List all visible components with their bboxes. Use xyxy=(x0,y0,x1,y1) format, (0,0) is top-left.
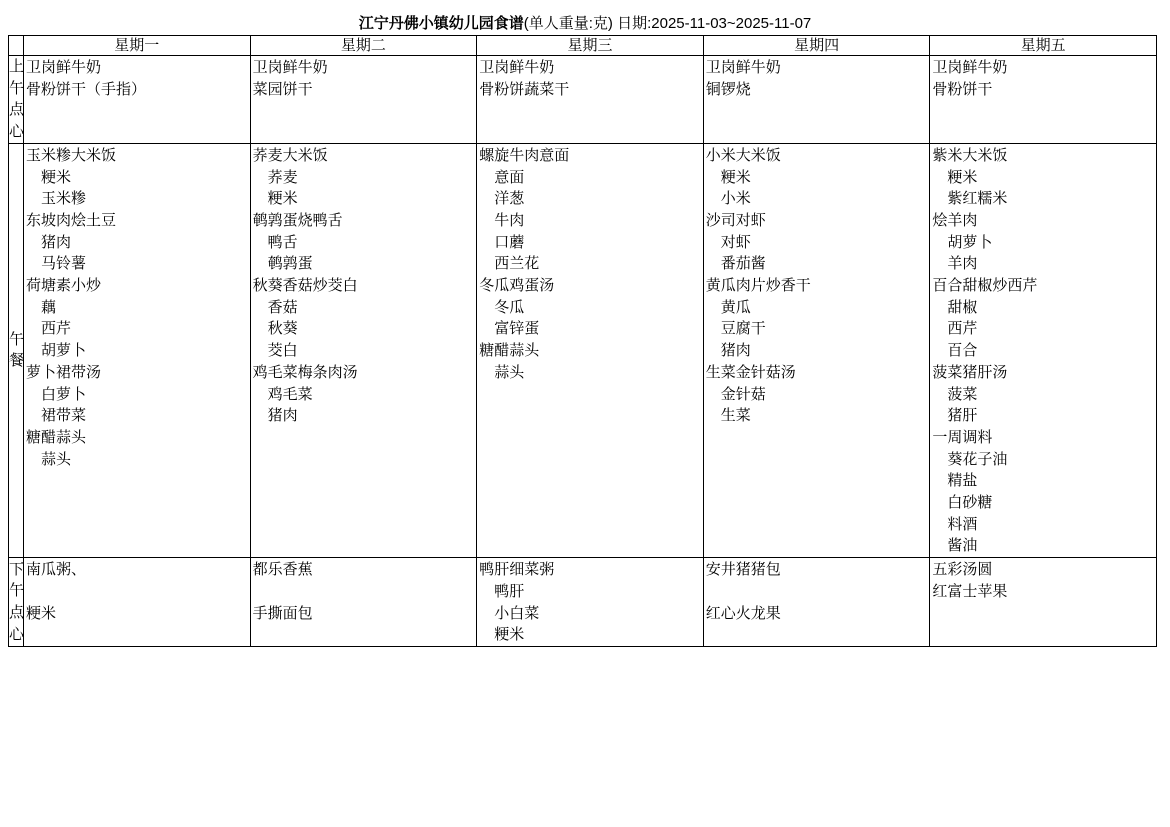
menu-line: 东坡肉烩土豆 xyxy=(26,210,248,232)
menu-line: 西芹 xyxy=(26,318,248,340)
menu-line: 卫岗鲜牛奶 xyxy=(706,57,928,79)
menu-line: 鸭肝细菜粥 xyxy=(479,559,701,581)
menu-line: 冬瓜鸡蛋汤 xyxy=(479,275,701,297)
menu-line: 萝卜裙带汤 xyxy=(26,362,248,384)
row-header-afternoon-snack: 下午点心 xyxy=(9,558,24,647)
menu-line: 蒜头 xyxy=(479,362,701,384)
menu-line: 精盐 xyxy=(932,470,1154,492)
menu-line: 五彩汤圆 xyxy=(932,559,1154,581)
menu-line xyxy=(706,581,928,603)
menu-line: 秋葵 xyxy=(253,318,475,340)
menu-line: 粳米 xyxy=(26,167,248,189)
menu-line: 荞麦 xyxy=(253,167,475,189)
menu-line: 猪肝 xyxy=(932,405,1154,427)
menu-line: 卫岗鲜牛奶 xyxy=(26,57,248,79)
row-lunch: 午餐 玉米糁大米饭 粳米 玉米糁东坡肉烩土豆 猪肉 马铃薯荷塘素小炒 藕 西芹 … xyxy=(9,143,1157,557)
menu-line: 一周调料 xyxy=(932,427,1154,449)
menu-line: 蒜头 xyxy=(26,449,248,471)
menu-line: 糖醋蒜头 xyxy=(479,340,701,362)
row-afternoon-snack: 下午点心 南瓜粥、粳米 都乐香蕉手撕面包 鸭肝细菜粥 鸭肝 小白菜 粳米 安井猪… xyxy=(9,558,1157,647)
menu-line: 骨粉饼干（手指） xyxy=(26,79,248,101)
page-title-meta: (单人重量:克) 日期:2025-11-03~2025-11-07 xyxy=(524,15,811,32)
menu-line: 紫米大米饭 xyxy=(932,145,1154,167)
menu-line: 螺旋牛肉意面 xyxy=(479,145,701,167)
menu-line xyxy=(253,581,475,603)
menu-line: 粳米 xyxy=(706,167,928,189)
menu-line: 粳米 xyxy=(479,624,701,646)
menu-cell-friday-morning: 卫岗鲜牛奶骨粉饼干 xyxy=(930,56,1157,144)
menu-line: 鸡毛菜 xyxy=(253,384,475,406)
menu-line: 猪肉 xyxy=(706,340,928,362)
menu-line: 马铃薯 xyxy=(26,253,248,275)
menu-line: 茭白 xyxy=(253,340,475,362)
menu-line: 沙司对虾 xyxy=(706,210,928,232)
menu-line: 百合 xyxy=(932,340,1154,362)
menu-line: 洋葱 xyxy=(479,188,701,210)
menu-line: 牛肉 xyxy=(479,210,701,232)
menu-cell-wednesday-afternoon: 鸭肝细菜粥 鸭肝 小白菜 粳米 xyxy=(477,558,704,647)
menu-cell-thursday-morning: 卫岗鲜牛奶铜锣烧 xyxy=(703,56,930,144)
menu-line: 羊肉 xyxy=(932,253,1154,275)
menu-line: 红心火龙果 xyxy=(706,603,928,625)
row-morning-snack: 上午点心 卫岗鲜牛奶骨粉饼干（手指） 卫岗鲜牛奶菜园饼干 卫岗鲜牛奶骨粉饼蔬菜干… xyxy=(9,56,1157,144)
menu-line: 甜椒 xyxy=(932,297,1154,319)
menu-line: 番茄酱 xyxy=(706,253,928,275)
menu-line: 手撕面包 xyxy=(253,603,475,625)
menu-line: 西芹 xyxy=(932,318,1154,340)
menu-line: 意面 xyxy=(479,167,701,189)
day-header-tuesday: 星期二 xyxy=(250,36,477,56)
page-title: 江宁丹佛小镇幼儿园食谱(单人重量:克) 日期:2025-11-03~2025-1… xyxy=(0,0,1170,34)
menu-cell-monday-morning: 卫岗鲜牛奶骨粉饼干（手指） xyxy=(24,56,251,144)
menu-line: 料酒 xyxy=(932,514,1154,536)
menu-line: 百合甜椒炒西芹 xyxy=(932,275,1154,297)
menu-line: 冬瓜 xyxy=(479,297,701,319)
menu-line: 粳米 xyxy=(253,188,475,210)
menu-line: 小米 xyxy=(706,188,928,210)
day-header-row: 星期一 星期二 星期三 星期四 星期五 xyxy=(9,36,1157,56)
menu-line: 白萝卜 xyxy=(26,384,248,406)
menu-cell-monday-lunch: 玉米糁大米饭 粳米 玉米糁东坡肉烩土豆 猪肉 马铃薯荷塘素小炒 藕 西芹 胡萝卜… xyxy=(24,143,251,557)
day-header-thursday: 星期四 xyxy=(703,36,930,56)
menu-line: 鹌鹑蛋烧鸭舌 xyxy=(253,210,475,232)
menu-table: 星期一 星期二 星期三 星期四 星期五 上午点心 卫岗鲜牛奶骨粉饼干（手指） 卫… xyxy=(8,35,1157,647)
menu-line: 玉米糁 xyxy=(26,188,248,210)
menu-cell-friday-afternoon: 五彩汤圆红富士苹果 xyxy=(930,558,1157,647)
row-header-lunch: 午餐 xyxy=(9,143,24,557)
menu-line: 铜锣烧 xyxy=(706,79,928,101)
menu-line: 黄瓜 xyxy=(706,297,928,319)
menu-cell-tuesday-lunch: 荞麦大米饭 荞麦 粳米鹌鹑蛋烧鸭舌 鸭舌 鹌鹑蛋秋葵香菇炒茭白 香菇 秋葵 茭白… xyxy=(250,143,477,557)
menu-line: 胡萝卜 xyxy=(932,232,1154,254)
menu-cell-tuesday-afternoon: 都乐香蕉手撕面包 xyxy=(250,558,477,647)
menu-line: 都乐香蕉 xyxy=(253,559,475,581)
menu-line: 白砂糖 xyxy=(932,492,1154,514)
menu-line: 猪肉 xyxy=(253,405,475,427)
corner-cell xyxy=(9,36,24,56)
menu-line: 骨粉饼干 xyxy=(932,79,1154,101)
menu-line: 金针菇 xyxy=(706,384,928,406)
menu-line: 西兰花 xyxy=(479,253,701,275)
menu-line: 卫岗鲜牛奶 xyxy=(253,57,475,79)
menu-line: 紫红糯米 xyxy=(932,188,1154,210)
menu-line: 卫岗鲜牛奶 xyxy=(479,57,701,79)
menu-line xyxy=(26,581,248,603)
menu-line: 猪肉 xyxy=(26,232,248,254)
menu-line: 生菜金针菇汤 xyxy=(706,362,928,384)
menu-line: 菠菜猪肝汤 xyxy=(932,362,1154,384)
menu-line: 粳米 xyxy=(26,603,248,625)
menu-line: 酱油 xyxy=(932,535,1154,557)
menu-page: 江宁丹佛小镇幼儿园食谱(单人重量:克) 日期:2025-11-03~2025-1… xyxy=(0,0,1170,827)
menu-cell-wednesday-lunch: 螺旋牛肉意面 意面 洋葱 牛肉 口蘑 西兰花冬瓜鸡蛋汤 冬瓜 富锌蛋糖醋蒜头 蒜… xyxy=(477,143,704,557)
menu-cell-monday-afternoon: 南瓜粥、粳米 xyxy=(24,558,251,647)
menu-line: 小米大米饭 xyxy=(706,145,928,167)
menu-line: 红富士苹果 xyxy=(932,581,1154,603)
menu-line: 豆腐干 xyxy=(706,318,928,340)
menu-cell-thursday-afternoon: 安井猪猪包红心火龙果 xyxy=(703,558,930,647)
menu-line: 玉米糁大米饭 xyxy=(26,145,248,167)
menu-line: 烩羊肉 xyxy=(932,210,1154,232)
menu-line: 胡萝卜 xyxy=(26,340,248,362)
menu-line: 口蘑 xyxy=(479,232,701,254)
day-header-friday: 星期五 xyxy=(930,36,1157,56)
menu-line: 菜园饼干 xyxy=(253,79,475,101)
page-title-name: 江宁丹佛小镇幼儿园食谱 xyxy=(359,15,524,32)
menu-line: 富锌蛋 xyxy=(479,318,701,340)
menu-line: 南瓜粥、 xyxy=(26,559,248,581)
menu-line: 荞麦大米饭 xyxy=(253,145,475,167)
menu-cell-thursday-lunch: 小米大米饭 粳米 小米沙司对虾 对虾 番茄酱黄瓜肉片炒香干 黄瓜 豆腐干 猪肉生… xyxy=(703,143,930,557)
menu-cell-wednesday-morning: 卫岗鲜牛奶骨粉饼蔬菜干 xyxy=(477,56,704,144)
menu-line: 卫岗鲜牛奶 xyxy=(932,57,1154,79)
menu-line: 黄瓜肉片炒香干 xyxy=(706,275,928,297)
day-header-wednesday: 星期三 xyxy=(477,36,704,56)
menu-line: 鸭舌 xyxy=(253,232,475,254)
menu-line: 粳米 xyxy=(932,167,1154,189)
menu-cell-tuesday-morning: 卫岗鲜牛奶菜园饼干 xyxy=(250,56,477,144)
menu-line: 小白菜 xyxy=(479,603,701,625)
menu-line: 糖醋蒜头 xyxy=(26,427,248,449)
menu-line: 藕 xyxy=(26,297,248,319)
menu-line: 葵花子油 xyxy=(932,449,1154,471)
menu-line: 秋葵香菇炒茭白 xyxy=(253,275,475,297)
menu-line: 菠菜 xyxy=(932,384,1154,406)
menu-line: 裙带菜 xyxy=(26,405,248,427)
row-header-morning-snack: 上午点心 xyxy=(9,56,24,144)
menu-line: 荷塘素小炒 xyxy=(26,275,248,297)
day-header-monday: 星期一 xyxy=(24,36,251,56)
menu-line: 鹌鹑蛋 xyxy=(253,253,475,275)
menu-line: 生菜 xyxy=(706,405,928,427)
menu-line: 鸡毛菜梅条肉汤 xyxy=(253,362,475,384)
menu-line: 香菇 xyxy=(253,297,475,319)
menu-line: 对虾 xyxy=(706,232,928,254)
menu-line: 鸭肝 xyxy=(479,581,701,603)
menu-line: 骨粉饼蔬菜干 xyxy=(479,79,701,101)
menu-line: 安井猪猪包 xyxy=(706,559,928,581)
menu-cell-friday-lunch: 紫米大米饭 粳米 紫红糯米烩羊肉 胡萝卜 羊肉百合甜椒炒西芹 甜椒 西芹 百合菠… xyxy=(930,143,1157,557)
